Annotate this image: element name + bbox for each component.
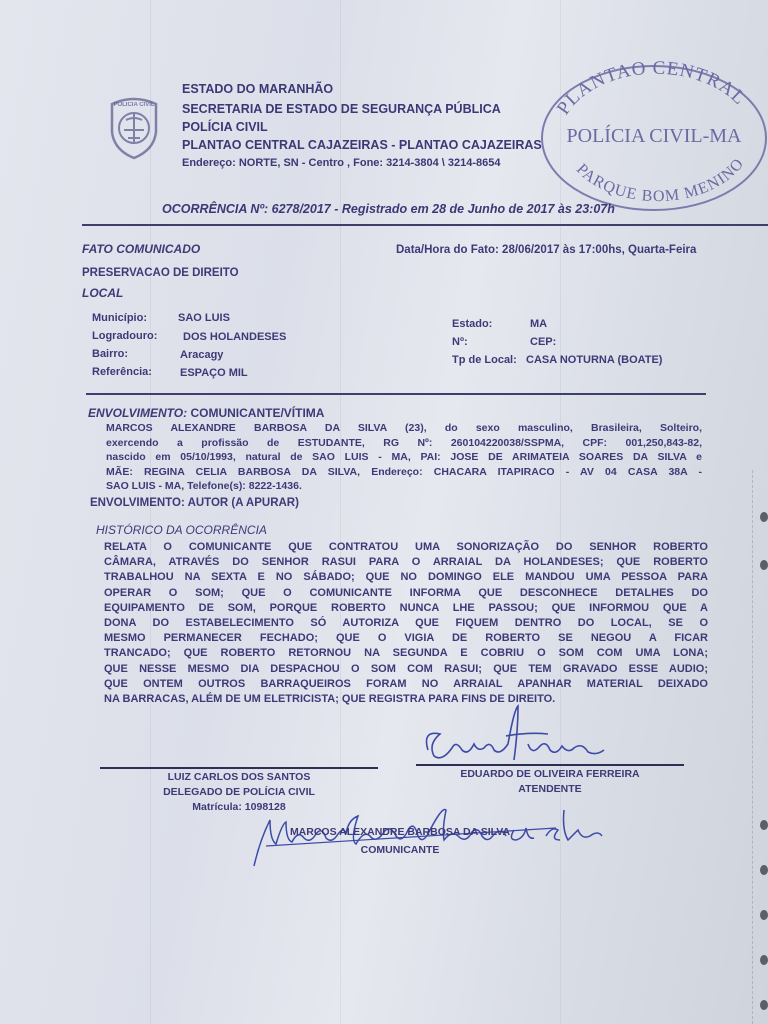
victim-details: MARCOS ALEXANDRE BARBOSA DA SILVA (23), …	[106, 421, 702, 494]
text-line: exercendo a profissão de ESTUDANTE, RG N…	[106, 436, 702, 451]
location-value-estado: MA	[530, 318, 547, 330]
header-agency: POLÍCIA CIVIL	[182, 117, 268, 137]
location-label-referencia: Referência:	[92, 366, 152, 378]
header-unit: PLANTAO CENTRAL CAJAZEIRAS - PLANTAO CAJ…	[182, 135, 542, 155]
text-line: TRANCADO; QUE ROBERTO RETORNOU NA SEGUND…	[104, 646, 708, 661]
text-line: MARCOS ALEXANDRE BARBOSA DA SILVA (23), …	[106, 421, 702, 436]
police-badge-icon: POLICIA CIVIL	[106, 94, 162, 160]
perforation-hole	[760, 560, 768, 570]
occurrence-title: OCORRÊNCIA Nº: 6278/2017 - Registrado em…	[162, 202, 615, 216]
perforation-hole	[760, 1000, 768, 1010]
location-label-numero: Nº:	[452, 336, 468, 348]
location-value-logradouro: DOS HOLANDESES	[183, 331, 286, 343]
svg-text:POLICIA CIVIL: POLICIA CIVIL	[113, 102, 154, 108]
official-stamp: PLANTAO CENTRAL POLÍCIA CIVIL-MA PARQUE …	[538, 54, 768, 214]
header-state: ESTADO DO MARANHÃO	[182, 79, 333, 99]
involvement-victim-heading: ENVOLVIMENTO: COMUNICANTE/VÍTIMA	[88, 406, 324, 420]
signature-line-delegate	[100, 767, 378, 769]
location-value-cep: CEP:	[530, 336, 556, 348]
attendant-name: EDUARDO DE OLIVEIRA FERREIRA	[416, 767, 684, 782]
location-value-municipio: SAO LUIS	[178, 312, 230, 324]
complainant-name: MARCOS ALEXANDRE BARBOSA DA SILVA	[270, 825, 530, 840]
text-line: MESMO PERMANECER FECHADO; QUE O VIGIA DE…	[104, 631, 708, 646]
delegate-role: DELEGADO DE POLÍCIA CIVIL	[100, 785, 378, 800]
history-text: RELATA O COMUNICANTE QUE CONTRATOU UMA S…	[104, 540, 708, 707]
text-line: CÂMARA, ATRAVÉS DO SENHOR RASUI PARA O A…	[104, 555, 708, 570]
fact-heading: FATO COMUNICADO	[82, 242, 200, 256]
location-value-bairro: Aracagy	[180, 349, 223, 361]
svg-text:PLANTAO CENTRAL: PLANTAO CENTRAL	[553, 58, 750, 119]
perforation-hole	[760, 512, 768, 522]
involvement-author-heading: ENVOLVIMENTO: AUTOR (A APURAR)	[90, 497, 299, 509]
history-heading: HISTÓRICO DA OCORRÊNCIA	[96, 523, 267, 537]
perforation-hole	[760, 865, 768, 875]
perforation-line	[752, 470, 753, 1024]
signature-line-attendant	[416, 764, 684, 766]
divider	[82, 224, 768, 226]
location-label-estado: Estado:	[452, 318, 492, 330]
text-line: QUE ONTEM OUTROS BARRAQUEIROS FORAM NO A…	[104, 677, 708, 692]
perforation-hole	[760, 955, 768, 965]
text-line: TRABALHOU NA SEXTA E NO SÁBADO; QUE NO D…	[104, 570, 708, 585]
text-line: OPERAR O SOM; QUE O COMUNICANTE INFORMA …	[104, 586, 708, 601]
location-label-tipo: Tp de Local:	[452, 354, 517, 366]
text-line: SAO LUIS - MA, Telefone(s): 8222-1436.	[106, 479, 702, 494]
text-line: DONA DO ESTABELECIMENTO SÓ AUTORIZA QUE …	[104, 616, 708, 631]
text-line: MÃE: REGINA CELIA BARBOSA DA SILVA, Ende…	[106, 465, 702, 480]
perforation-hole	[760, 910, 768, 920]
text-line: EQUIPAMENTO DE SOM, PORQUE ROBERTO NUNCA…	[104, 601, 708, 616]
svg-text:POLÍCIA CIVIL-MA: POLÍCIA CIVIL-MA	[567, 124, 743, 147]
fact-type: PRESERVACAO DE DIREITO	[82, 267, 239, 279]
complainant-role: COMUNICANTE	[270, 843, 530, 858]
text-line: QUE NESSE MESMO DIA DESPACHOU O SOM COM …	[104, 662, 708, 677]
location-value-referencia: ESPAÇO MIL	[180, 367, 248, 379]
fact-datetime: Data/Hora do Fato: 28/06/2017 às 17:00hs…	[396, 244, 696, 256]
delegate-name: LUIZ CARLOS DOS SANTOS	[100, 770, 378, 785]
attendant-role: ATENDENTE	[416, 782, 684, 797]
header-secretariat: SECRETARIA DE ESTADO DE SEGURANÇA PÚBLIC…	[182, 99, 501, 119]
text-line: RELATA O COMUNICANTE QUE CONTRATOU UMA S…	[104, 540, 708, 555]
perforation-hole	[760, 820, 768, 830]
header-address: Endereço: NORTE, SN - Centro , Fone: 321…	[182, 157, 501, 169]
svg-text:PARQUE BOM MENINO: PARQUE BOM MENINO	[573, 155, 748, 205]
location-heading: LOCAL	[82, 286, 123, 300]
divider	[86, 393, 706, 395]
location-value-tipo: CASA NOTURNA (BOATE)	[526, 354, 662, 366]
text-line: nascido em 05/10/1993, natural de SAO LU…	[106, 450, 702, 465]
location-label-municipio: Município:	[92, 312, 147, 324]
location-label-logradouro: Logradouro:	[92, 330, 157, 342]
location-label-bairro: Bairro:	[92, 348, 128, 360]
